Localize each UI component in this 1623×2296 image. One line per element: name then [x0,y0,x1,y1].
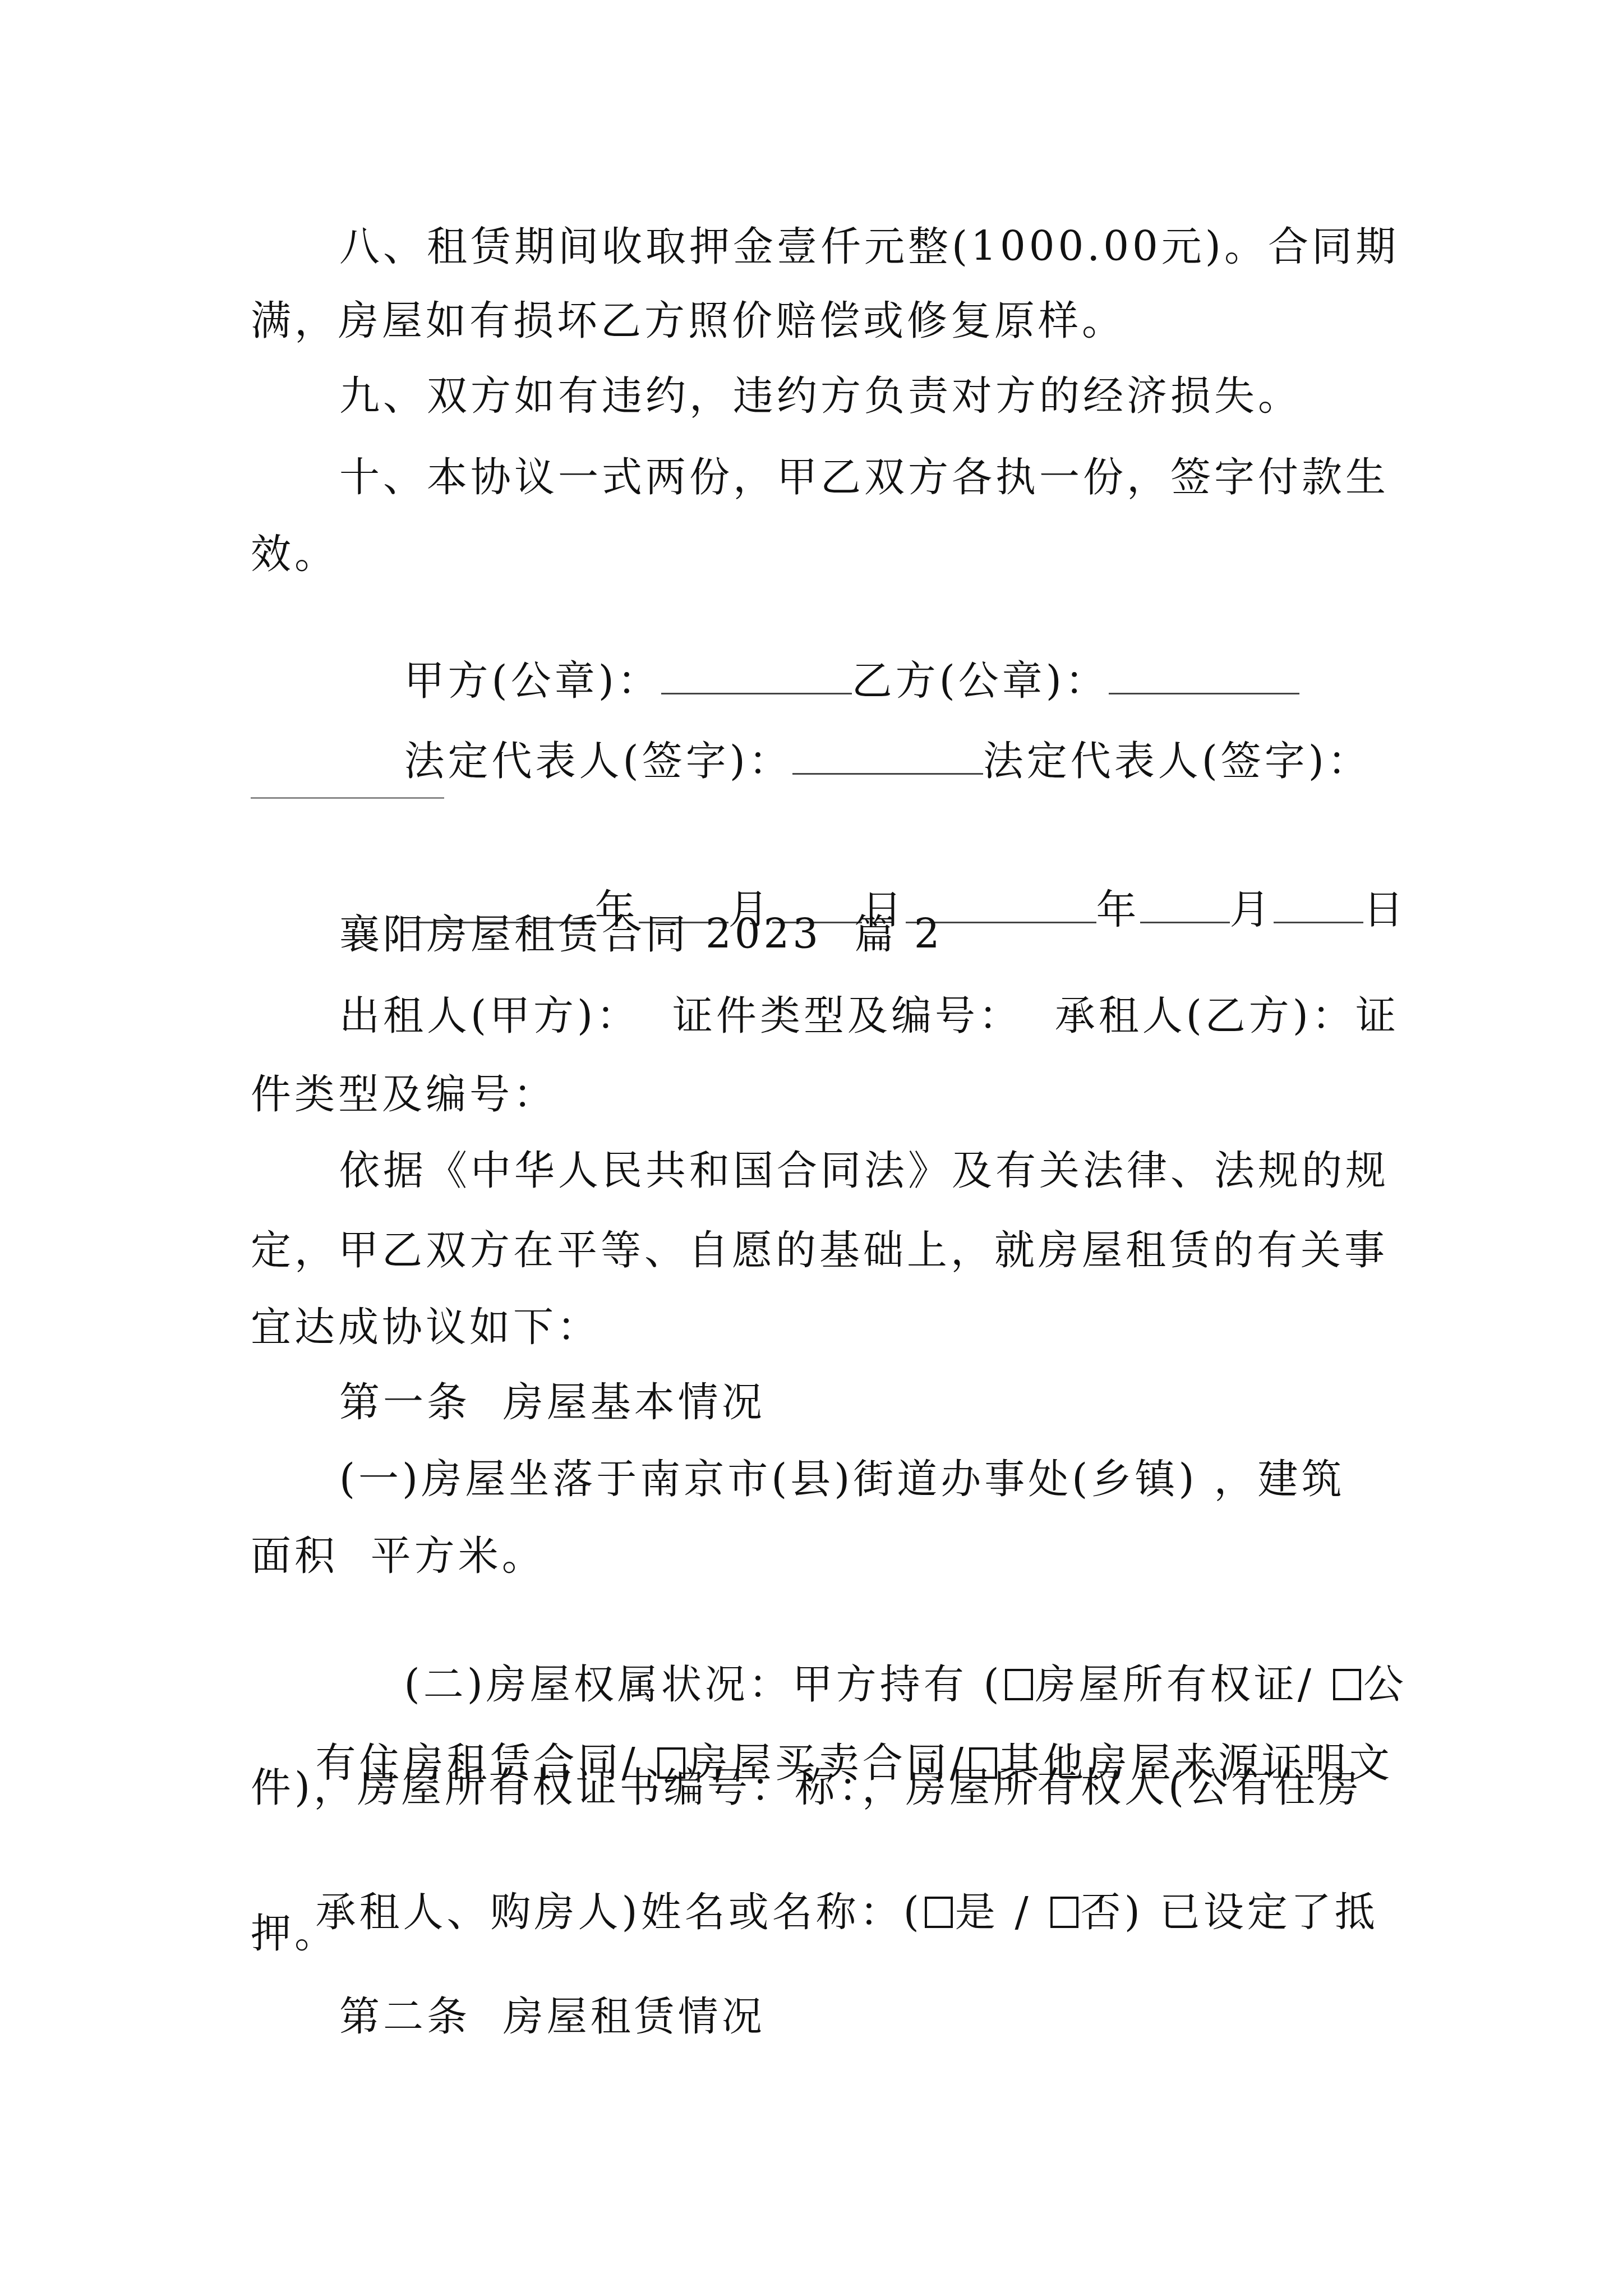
year-label: 年 [1096,886,1140,933]
clause-10-line-2: 效。 [251,528,338,579]
text: 承租人、购房人)姓名或名称：( [316,1888,923,1935]
article-1-item-2-line-3: 件)，房屋所有权证书编号：称：，房屋所有权人(公有住房 [251,1762,1362,1812]
clause-10-line-1: 十、本协议一式两份，甲乙双方各执一份，签字付款生 [339,452,1389,502]
clause-8-line-1: 八、租赁期间收取押金壹仟元整(1000.00元)。合同期 [339,221,1387,272]
text: 是 / [955,1888,1048,1935]
parties-line-2: 件类型及编号： [251,1069,557,1119]
clause-8-line-2: 满，房屋如有损坏乙方照价赔偿或修复原样。 [251,295,1126,346]
signature-rep-row: 法定代表人(签字)：法定代表人(签字)： [339,685,1371,836]
party-b-rep-blank[interactable] [251,797,444,799]
article-1-item-2-line-5: 押。 [251,1908,338,1958]
section-title: 襄阳房屋租赁合同 2023 篇 2 [339,909,943,959]
party-b-day-blank[interactable] [1274,887,1363,923]
clause-9: 九、双方如有违约，违约方负责对方的经济损失。 [339,370,1302,421]
parties-line-1: 出租人(甲方)： 证件类型及编号： 承租人(乙方)：证 [339,990,1399,1041]
article-1-item-1-line-1: (一)房屋坐落于南京市(县)街道办事处(乡镇) ，建筑 [339,1453,1345,1504]
party-a-rep-label: 法定代表人(签字)： [404,737,792,784]
document-page: 八、租赁期间收取押金壹仟元整(1000.00元)。合同期 满，房屋如有损坏乙方照… [0,0,1623,2296]
article-1-heading: 第一条 房屋基本情况 [339,1377,766,1427]
article-1-item-1-line-2: 面积 平方米。 [251,1530,546,1581]
preamble-line-1: 依据《中华人民共和国合同法》及有关法律、法规的规 [339,1145,1389,1195]
month-label: 月 [1230,886,1274,933]
party-b-rep-label: 法定代表人(签字)： [983,737,1371,784]
party-b-month-blank[interactable] [1140,887,1230,923]
checkbox-mortgage-no[interactable] [1050,1897,1078,1928]
article-1-item-2-line-4: 承租人、购房人)姓名或名称：(是 / 否) 已设定了抵 [251,1836,1378,1987]
text: 否) 已设定了抵 [1081,1888,1378,1935]
party-a-rep-blank[interactable] [792,738,983,775]
preamble-line-3: 宜达成协议如下： [251,1301,601,1352]
article-2-heading: 第二条 房屋租赁情况 [339,1991,766,2041]
preamble-line-2: 定，甲乙双方在平等、自愿的基础上，就房屋租赁的有关事 [251,1225,1388,1275]
checkbox-mortgage-yes[interactable] [925,1897,953,1928]
day-label: 日 [1363,886,1407,933]
